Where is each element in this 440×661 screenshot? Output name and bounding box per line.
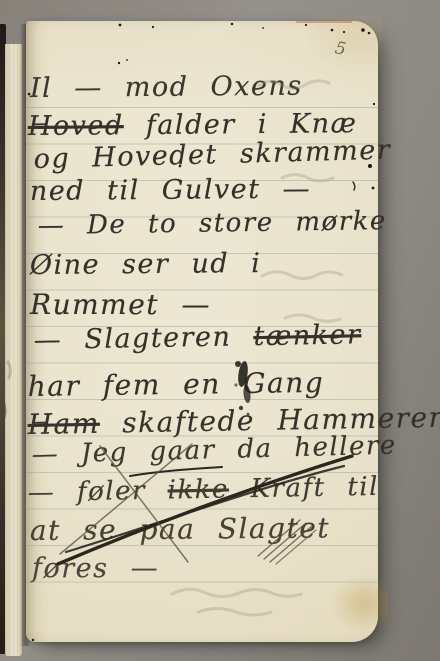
handwriting-line: — føler ikke Kraft til	[27, 472, 379, 508]
struck-word: tænker	[253, 319, 361, 352]
handwriting-text: Il — mod Oxens	[30, 71, 303, 104]
handwriting-text: Rummet —	[30, 288, 211, 321]
edge-stain	[330, 573, 388, 635]
handwriting-line: har fem en Gang	[28, 366, 325, 403]
handwriting-text: Kraft til	[229, 472, 380, 505]
handwriting-line: Rummet —	[30, 288, 211, 321]
handwriting-line: Il — mod Oxens	[30, 71, 303, 104]
handwriting-line: føres —	[32, 553, 159, 584]
handwriting-line: ned til Gulvet —	[30, 174, 311, 207]
handwriting-text: har fem en Gang	[28, 366, 325, 403]
notebook-page: 5 Il — mod Oxens Hoved falder i Knæ og H…	[26, 21, 378, 642]
struck-word: Hoved	[28, 110, 124, 142]
handwriting-line: Øine ser ud i	[30, 248, 262, 281]
handwriting-text: — føler	[27, 476, 167, 508]
handwriting-text: — Slagteren	[33, 321, 253, 356]
struck-word: Ham	[27, 407, 100, 441]
handwriting-text: at se paa Slagtet	[30, 511, 331, 547]
handwriting-text: ned til Gulvet —	[30, 174, 311, 207]
handwriting-line: — Slagteren tænker	[33, 319, 361, 356]
page-number: 5	[333, 38, 347, 60]
handwriting-text: — De to store mørke	[38, 206, 387, 241]
handwriting-line: at se paa Slagtet	[30, 511, 331, 547]
handwriting-text: Øine ser ud i	[30, 248, 262, 281]
handwriting-line: — De to store mørke	[38, 206, 387, 241]
struck-word: ikke	[167, 474, 229, 505]
notebook-photo: 5 Il — mod Oxens Hoved falder i Knæ og H…	[0, 0, 440, 661]
handwriting-text: føres —	[32, 553, 159, 584]
